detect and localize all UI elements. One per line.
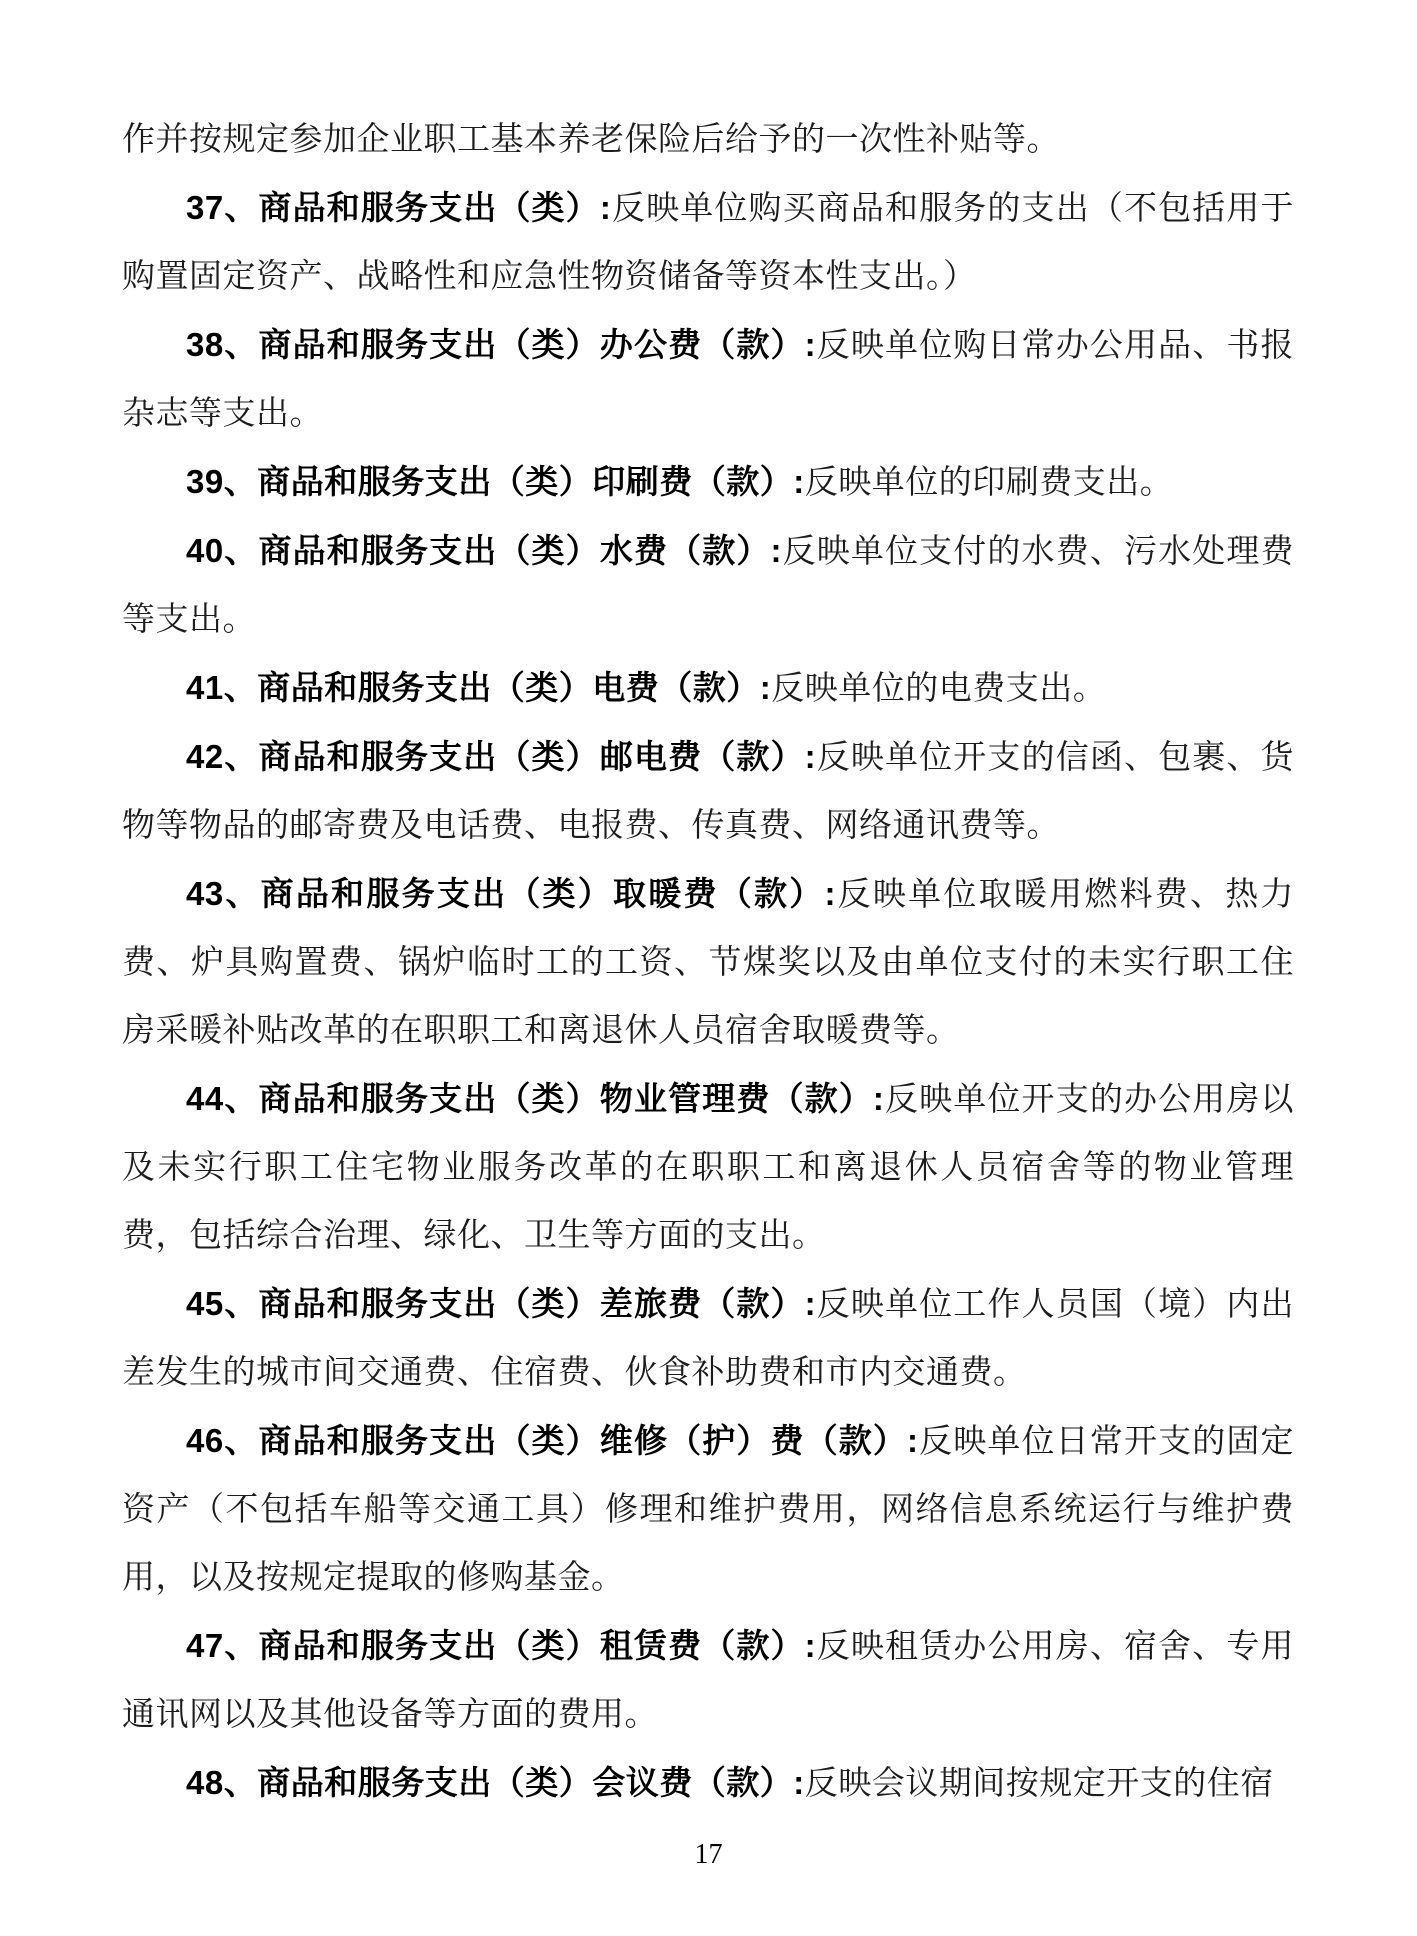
- item-46-label: 46、商品和服务支出（类）维修（护）费（款）:: [186, 1422, 919, 1459]
- document-body: 作并按规定参加企业职工基本养老保险后给予的一次性补贴等。 37、商品和服务支出（…: [122, 106, 1294, 1818]
- item-45-label: 45、商品和服务支出（类）差旅费（款）:: [186, 1285, 816, 1322]
- item-43-label: 43、商品和服务支出（类）取暖费（款）:: [186, 875, 836, 912]
- paragraph-item-40: 40、商品和服务支出（类）水费（款）:反映单位支付的水费、污水处理费等支出。: [122, 517, 1294, 654]
- item-41-body: 反映单位的电费支出。: [771, 671, 1106, 707]
- paragraph-item-48: 48、商品和服务支出（类）会议费（款）:反映会议期间按规定开支的住宿: [122, 1749, 1294, 1818]
- item-42-label: 42、商品和服务支出（类）邮电费（款）:: [186, 738, 816, 775]
- paragraph-item-47: 47、商品和服务支出（类）租赁费（款）:反映租赁办公用房、宿舍、专用通讯网以及其…: [122, 1612, 1294, 1749]
- document-page: 作并按规定参加企业职工基本养老保险后给予的一次性补贴等。 37、商品和服务支出（…: [0, 0, 1417, 1936]
- paragraph-item-44: 44、商品和服务支出（类）物业管理费（款）:反映单位开支的办公用房以及未实行职工…: [122, 1065, 1294, 1270]
- paragraph-item-45: 45、商品和服务支出（类）差旅费（款）:反映单位工作人员国（境）内出差发生的城市…: [122, 1270, 1294, 1407]
- item-41-label: 41、商品和服务支出（类）电费（款）:: [186, 669, 771, 706]
- item-38-label: 38、商品和服务支出（类）办公费（款）:: [186, 326, 816, 363]
- item-47-label: 47、商品和服务支出（类）租赁费（款）:: [186, 1627, 816, 1664]
- paragraph-continuation: 作并按规定参加企业职工基本养老保险后给予的一次性补贴等。: [122, 106, 1294, 174]
- item-39-label: 39、商品和服务支出（类）印刷费（款）:: [186, 463, 805, 500]
- paragraph-item-38: 38、商品和服务支出（类）办公费（款）:反映单位购日常办公用品、书报杂志等支出。: [122, 311, 1294, 448]
- item-48-label: 48、商品和服务支出（类）会议费（款）:: [186, 1764, 805, 1801]
- paragraph-item-42: 42、商品和服务支出（类）邮电费（款）:反映单位开支的信函、包裹、货物等物品的邮…: [122, 723, 1294, 860]
- item-40-label: 40、商品和服务支出（类）水费（款）:: [186, 532, 782, 569]
- item-39-body: 反映单位的印刷费支出。: [805, 465, 1174, 501]
- paragraph-item-46: 46、商品和服务支出（类）维修（护）费（款）:反映单位日常开支的固定资产（不包括…: [122, 1407, 1294, 1612]
- item-48-body: 反映会议期间按规定开支的住宿: [805, 1766, 1274, 1802]
- item-44-label: 44、商品和服务支出（类）物业管理费（款）:: [186, 1080, 884, 1117]
- continuation-text: 作并按规定参加企业职工基本养老保险后给予的一次性补贴等。: [122, 122, 1060, 158]
- paragraph-item-37: 37、商品和服务支出（类）:反映单位购买商品和服务的支出（不包括用于购置固定资产…: [122, 174, 1294, 311]
- page-number: 17: [0, 1838, 1417, 1872]
- paragraph-item-43: 43、商品和服务支出（类）取暖费（款）:反映单位取暖用燃料费、热力费、炉具购置费…: [122, 860, 1294, 1065]
- item-37-label: 37、商品和服务支出（类）:: [186, 189, 611, 226]
- paragraph-item-41: 41、商品和服务支出（类）电费（款）:反映单位的电费支出。: [122, 654, 1294, 723]
- paragraph-item-39: 39、商品和服务支出（类）印刷费（款）:反映单位的印刷费支出。: [122, 448, 1294, 517]
